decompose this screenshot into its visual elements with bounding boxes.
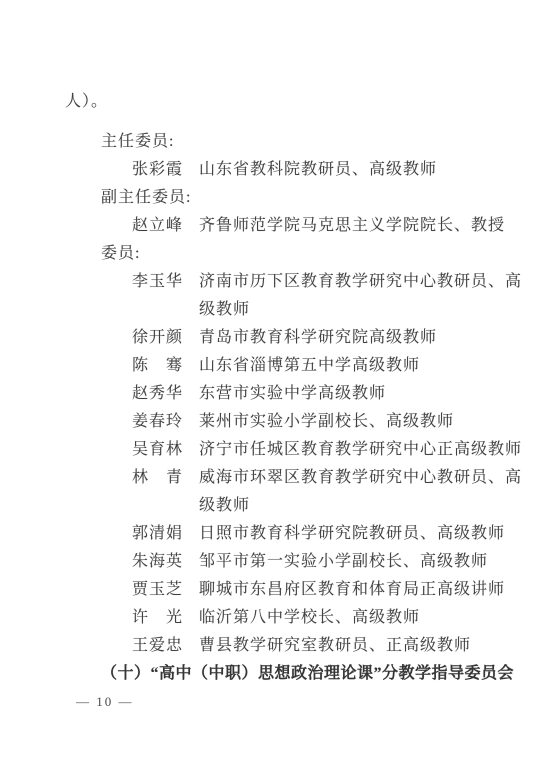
section-label-chair: 主任委员:	[101, 128, 535, 156]
member-title: 曹县教学研究室教研员、正高级教师	[199, 632, 529, 660]
document-page: 人）。 主任委员: 张彩霞 山东省教科院教研员、高级教师 副主任委员: 赵立峰 …	[0, 0, 554, 783]
member-name: 赵立峰	[132, 212, 199, 240]
member-title: 济宁市任城区教育教学研究中心正高级教师	[199, 436, 529, 464]
member-name: 贾玉芝	[132, 576, 199, 604]
member-name: 张彩霞	[132, 156, 199, 184]
member-row: 朱海英 邹平市第一实验小学副校长、高级教师	[132, 548, 535, 576]
member-name: 许 光	[132, 604, 199, 632]
document-body: 人）。 主任委员: 张彩霞 山东省教科院教研员、高级教师 副主任委员: 赵立峰 …	[65, 88, 535, 688]
member-title: 山东省教科院教研员、高级教师	[199, 156, 529, 184]
member-name: 林 青	[132, 464, 199, 492]
member-row: 吴育林 济宁市任城区教育教学研究中心正高级教师	[132, 436, 535, 464]
member-name: 李玉华	[132, 268, 199, 296]
member-title: 东营市实验中学高级教师	[199, 380, 529, 408]
member-name: 赵秀华	[132, 380, 199, 408]
member-title: 山东省淄博第五中学高级教师	[199, 352, 529, 380]
member-title: 齐鲁师范学院马克思主义学院院长、教授	[199, 212, 529, 240]
member-name: 朱海英	[132, 548, 199, 576]
section-label-members: 委员:	[101, 240, 535, 268]
member-name: 吴育林	[132, 436, 199, 464]
member-title: 莱州市实验小学副校长、高级教师	[199, 408, 529, 436]
member-row: 李玉华 济南市历下区教育教学研究中心教研员、高级教师	[132, 268, 535, 324]
next-section-heading: （十）“高中（中职）思想政治理论课”分教学指导委员会	[101, 660, 535, 688]
member-title: 临沂第八中学校长、高级教师	[199, 604, 529, 632]
section-label-vice-chair: 副主任委员:	[101, 184, 535, 212]
member-row: 贾玉芝 聊城市东昌府区教育和体育局正高级讲师	[132, 576, 535, 604]
member-row: 许 光 临沂第八中学校长、高级教师	[132, 604, 535, 632]
intro-text: 人）。	[65, 88, 535, 116]
member-row: 徐开颜 青岛市教育科学研究院高级教师	[132, 324, 535, 352]
member-title: 威海市环翠区教育教学研究中心教研员、高级教师	[199, 464, 529, 520]
member-title: 济南市历下区教育教学研究中心教研员、高级教师	[199, 268, 529, 324]
member-row: 姜春玲 莱州市实验小学副校长、高级教师	[132, 408, 535, 436]
member-row: 郭清娟 日照市教育科学研究院教研员、高级教师	[132, 520, 535, 548]
member-title: 青岛市教育科学研究院高级教师	[199, 324, 529, 352]
member-row: 林 青 威海市环翠区教育教学研究中心教研员、高级教师	[132, 464, 535, 520]
member-name: 王爱忠	[132, 632, 199, 660]
member-title: 邹平市第一实验小学副校长、高级教师	[199, 548, 529, 576]
member-row: 赵秀华 东营市实验中学高级教师	[132, 380, 535, 408]
member-row: 赵立峰 齐鲁师范学院马克思主义学院院长、教授	[132, 212, 535, 240]
member-row: 张彩霞 山东省教科院教研员、高级教师	[132, 156, 535, 184]
member-name: 郭清娟	[132, 520, 199, 548]
member-name: 陈 骞	[132, 352, 199, 380]
member-title: 日照市教育科学研究院教研员、高级教师	[199, 520, 529, 548]
page-number: — 10 —	[76, 694, 134, 710]
member-row: 陈 骞 山东省淄博第五中学高级教师	[132, 352, 535, 380]
member-name: 徐开颜	[132, 324, 199, 352]
member-title: 聊城市东昌府区教育和体育局正高级讲师	[199, 576, 529, 604]
member-row: 王爱忠 曹县教学研究室教研员、正高级教师	[132, 632, 535, 660]
member-name: 姜春玲	[132, 408, 199, 436]
